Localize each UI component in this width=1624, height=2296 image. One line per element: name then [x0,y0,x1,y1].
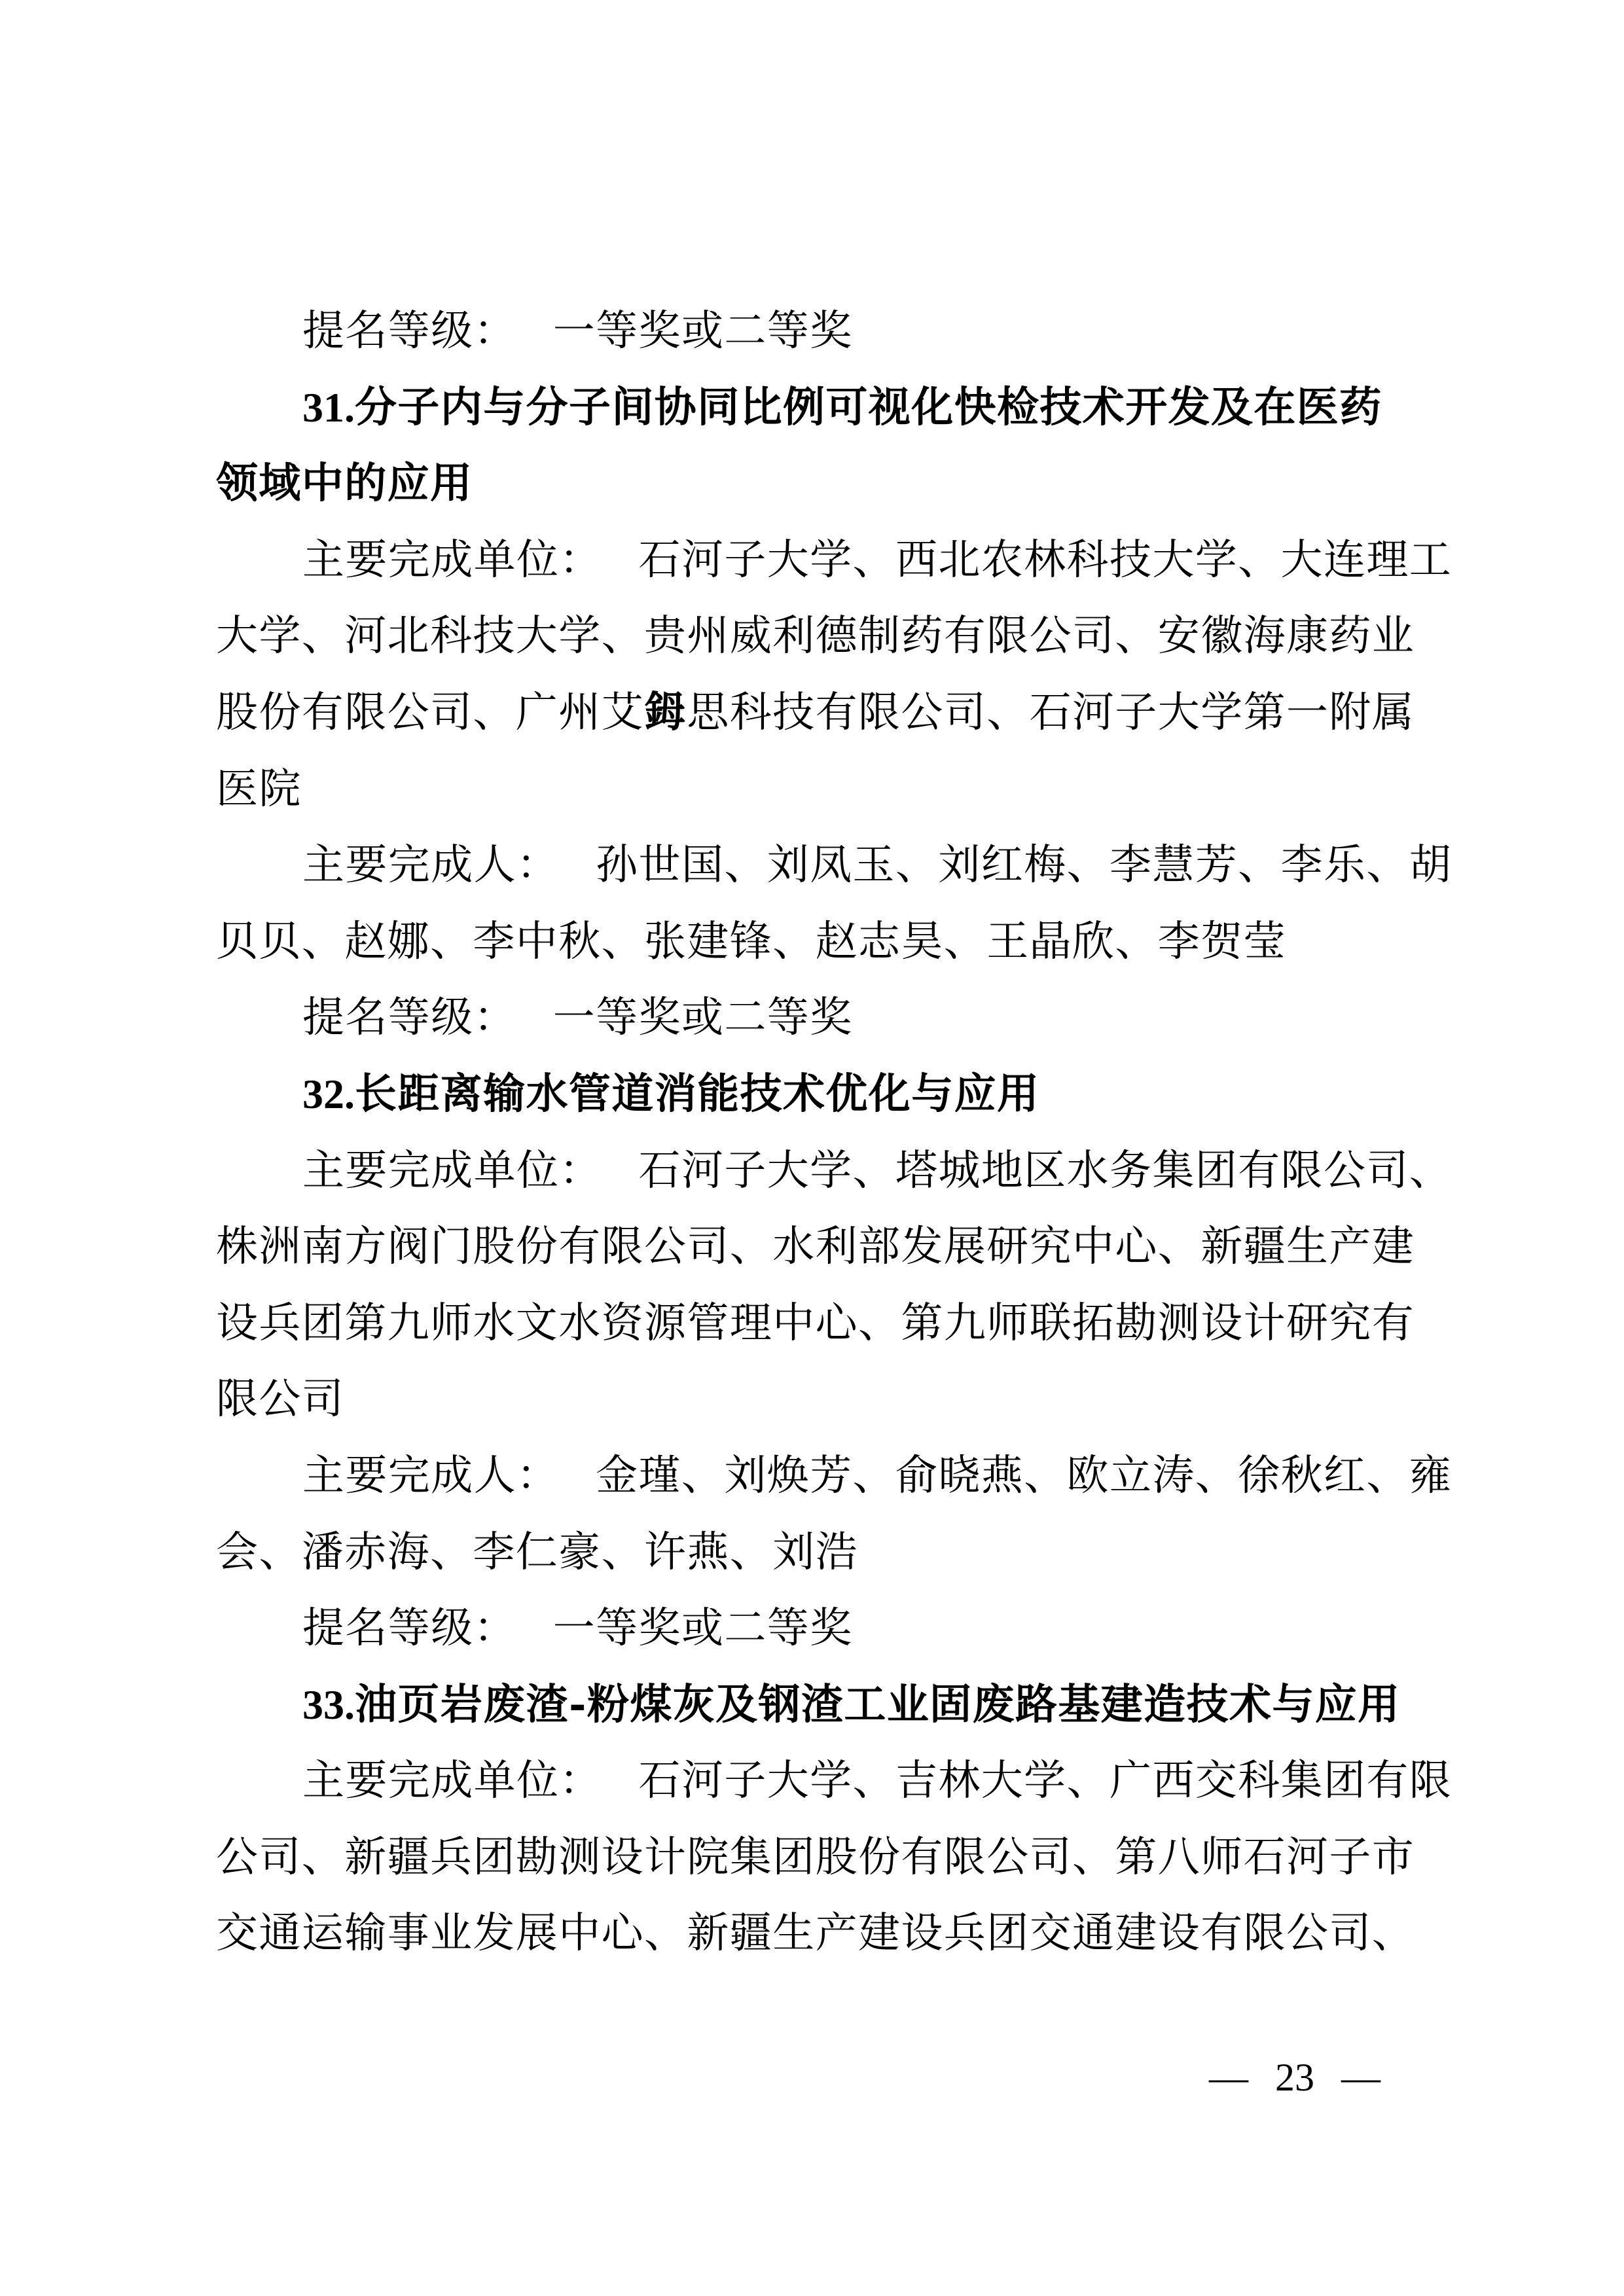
text-run: 长距离输水管道消能技术优化与应用 [355,1069,1039,1119]
document-text-line: 株洲南方阀门股份有限公司、水利部发展研究中心、新疆生产建 [216,1209,1418,1285]
text-run: 思科技有限公司、石河子大学第一附属 [687,689,1415,737]
text-run: 鉧 [644,689,687,737]
award-title-line: 32.长距离输水管道消能技术优化与应用 [216,1056,1418,1133]
document-text-line: 提名等级： 一等奖或二等奖 [216,980,1418,1056]
text-run: 股份有限公司、广州艾 [216,689,644,737]
document-text-line: 贝贝、赵娜、李中秋、张建锋、赵志昊、王晶欣、李贺莹 [216,904,1418,980]
document-text-line: 大学、河北科技大学、贵州威利德制药有限公司、安徽海康药业 [216,598,1418,675]
document-text-line: 主要完成单位： 石河子大学、吉林大学、广西交科集团有限 [216,1743,1418,1820]
page-footer: — 23 — [1209,2054,1380,2101]
entry-number: 33. [302,1681,355,1728]
entry-number: 32. [302,1071,355,1117]
document-text-line: 会、潘赤海、李仁豪、许燕、刘浩 [216,1515,1418,1591]
document-text-line: 股份有限公司、广州艾鉧思科技有限公司、石河子大学第一附属 [216,675,1418,751]
document-text-line: 公司、新疆兵团勘测设计院集团股份有限公司、第八师石河子市 [216,1820,1418,1896]
document-text-line: 交通运输事业发展中心、新疆生产建设兵团交通建设有限公司、 [216,1895,1418,1972]
document-text-line: 提名等级： 一等奖或二等奖 [216,1590,1418,1667]
page-number: — 23 — [1209,2056,1380,2099]
document-text-line: 主要完成人： 金瑾、刘焕芳、俞晓燕、欧立涛、徐秋红、雍 [216,1438,1418,1515]
document-text-line: 设兵团第九师水文水资源管理中心、第九师联拓勘测设计研究有 [216,1285,1418,1362]
document-text-line: 医院 [216,751,1418,828]
award-title-line: 领域中的应用 [216,446,1418,522]
document-text-line: 主要完成单位： 石河子大学、西北农林科技大学、大连理工 [216,522,1418,599]
page: 提名等级： 一等奖或二等奖31.分子内与分子间协同比例可视化快检技术开发及在医药… [0,0,1624,2296]
document-body: 提名等级： 一等奖或二等奖31.分子内与分子间协同比例可视化快检技术开发及在医药… [216,293,1418,1972]
award-title-line: 31.分子内与分子间协同比例可视化快检技术开发及在医药 [216,370,1418,446]
document-text-line: 提名等级： 一等奖或二等奖 [216,293,1418,370]
text-run: 油页岩废渣-粉煤灰及钢渣工业固废路基建造技术与应用 [355,1680,1401,1729]
document-text-line: 主要完成人： 孙世国、刘凤玉、刘红梅、李慧芳、李乐、胡 [216,827,1418,904]
entry-number: 31. [302,384,355,431]
document-text-line: 限公司 [216,1361,1418,1438]
award-title-line: 33.油页岩废渣-粉煤灰及钢渣工业固废路基建造技术与应用 [216,1667,1418,1744]
text-run: 分子内与分子间协同比例可视化快检技术开发及在医药 [355,383,1382,432]
document-text-line: 主要完成单位： 石河子大学、塔城地区水务集团有限公司、 [216,1133,1418,1210]
